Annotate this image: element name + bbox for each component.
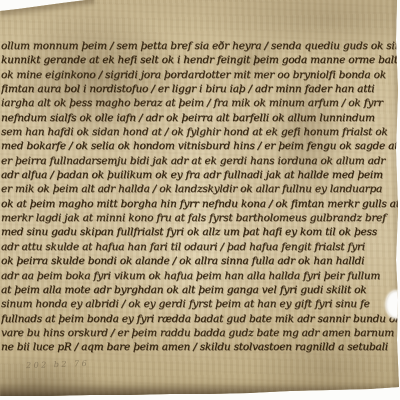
manuscript-line: ok mine eiginkono / sigridi jora þordard… <box>1 68 400 82</box>
manuscript-line: med bokarfe / ok selia ok hondom vitnisb… <box>1 139 400 153</box>
manuscript-line: fimtan aura bol i nordistofuo / er liggr… <box>1 82 400 96</box>
manuscript-line: ok þeirra skulde bondi ok alande / ok al… <box>1 254 400 268</box>
manuscript-line: sinum honda ey albridi / ok ey gerdi fyr… <box>1 297 400 311</box>
manuscript-line: med sinu gadu skipan fullfrialst fyri ok… <box>1 225 400 239</box>
parchment-hole <box>386 291 400 318</box>
manuscript-line: ne bii luce pR / aqm bare þeim amen / sk… <box>1 340 400 354</box>
manuscript-text-block: ollum monnum þeim / sem þetta bref sia e… <box>1 39 400 355</box>
manuscript-line: vare bu hins orskurd / er þeim raddu bad… <box>1 326 400 340</box>
manuscript-line: ollum monnum þeim / sem þetta bref sia e… <box>1 39 400 53</box>
manuscript-line: kunnikt gerande at ek hefi selt ok i hen… <box>1 53 400 67</box>
bottom-edge-shadow <box>0 383 400 397</box>
manuscript-line: adr attu skulde at hafua han fari til od… <box>1 240 400 254</box>
manuscript-line: er þeirra fullnadarsemju bidi jak adr at… <box>1 154 400 168</box>
photo-background: ollum monnum þeim / sem þetta bref sia e… <box>0 0 400 400</box>
manuscript-line: adr alfua / þadan ok þuilikum ok ey fra … <box>1 168 400 182</box>
manuscript-line: iargha alt ok þess magho beraz at þeim /… <box>1 96 400 110</box>
manuscript-line: merkr lagdi jak at minni kono fru at fal… <box>1 211 400 225</box>
manuscript-line: fullnads at þeim bonda ey fyri rædda bad… <box>1 312 400 326</box>
manuscript-line: ok at þeim magho mitt borgha hin fyrr ne… <box>1 197 400 211</box>
manuscript-line: at þeim alla mote adr byrghdan ok alt þe… <box>1 283 400 297</box>
parchment-sheet: ollum monnum þeim / sem þetta bref sia e… <box>0 0 400 400</box>
manuscript-line: er mik ok þeim alt adr hallda / ok landz… <box>1 182 400 196</box>
manuscript-line: sem han hafdi ok sidan hond at / ok fylg… <box>1 125 400 139</box>
manuscript-line: adr aa þeim boka fyri vikum ok hafua þei… <box>1 269 400 283</box>
manuscript-line: nefndum sialfs ok olle iafn / adr ok þei… <box>1 111 400 125</box>
